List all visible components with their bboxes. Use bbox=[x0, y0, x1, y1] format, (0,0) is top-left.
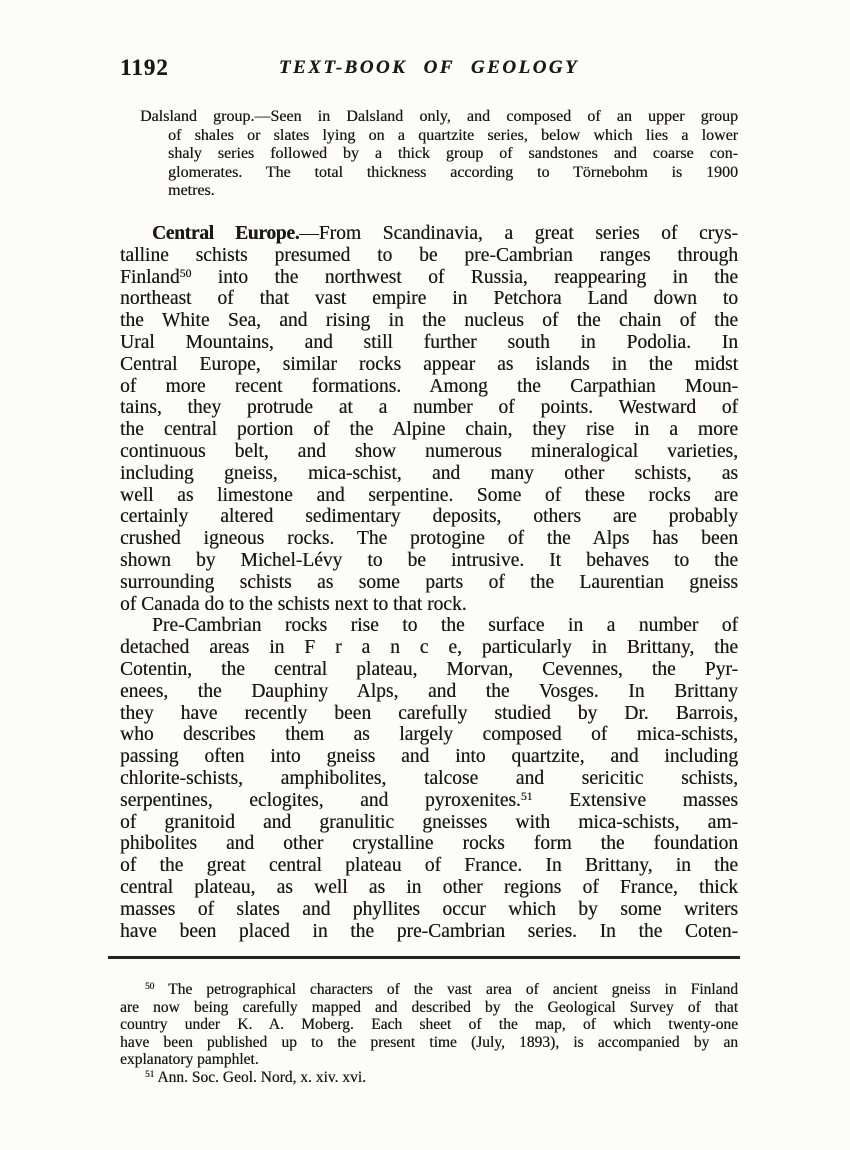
text-line: central plateau, as well as in other reg… bbox=[120, 877, 738, 899]
text-line: chlorite-schists, amphibolites, talcose … bbox=[120, 768, 738, 790]
text-line: shown by Michel-Lévy to be intrusive. It… bbox=[120, 550, 738, 572]
main-text: Central Europe.—From Scandinavia, a grea… bbox=[120, 223, 738, 942]
text-run: they have recently been carefully studie… bbox=[120, 703, 738, 724]
text-line: detached areas in F r a n c e, particula… bbox=[120, 637, 738, 659]
text-run: masses of slates and phyllites occur whi… bbox=[120, 899, 738, 920]
text-line: of Canada do to the schists next to that… bbox=[120, 594, 738, 616]
text-run: crushed igneous rocks. The protogine of … bbox=[120, 528, 738, 549]
text-run: who describes them as largely composed o… bbox=[120, 724, 738, 745]
text-line: of granitoid and granulitic gneisses wit… bbox=[120, 812, 738, 834]
text-run: Central Europe, similar rocks appear as … bbox=[120, 354, 738, 375]
text-run: Dalsland group.—Seen in Dalsland only, a… bbox=[140, 108, 738, 125]
text-run: surrounding schists as some parts of the… bbox=[120, 572, 738, 593]
text-run: have been published up to the present ti… bbox=[120, 1034, 738, 1051]
text-run: tains, they protrude at a number of poin… bbox=[120, 397, 738, 418]
superscript-footnote-marker: 50 bbox=[180, 267, 192, 280]
text-run: The petrographical characters of the vas… bbox=[154, 981, 738, 998]
paragraph-central-europe: Central Europe.—From Scandinavia, a grea… bbox=[120, 223, 738, 615]
text-run: Pre-Cambrian rocks rise to the surface i… bbox=[152, 615, 738, 636]
text-line: of more recent formations. Among the Car… bbox=[120, 376, 738, 398]
text-line: well as limestone and serpentine. Some o… bbox=[120, 485, 738, 507]
text-line: surrounding schists as some parts of the… bbox=[120, 572, 738, 594]
text-line: they have recently been carefully studie… bbox=[120, 703, 738, 725]
text-run: of shales or slates lying on a quartzite… bbox=[168, 127, 738, 144]
text-run: certainly altered sedimentary deposits, … bbox=[120, 506, 738, 527]
text-run: continuous belt, and show numerous miner… bbox=[120, 441, 738, 462]
text-run: metres. bbox=[168, 182, 215, 199]
text-line: 51 Ann. Soc. Geol. Nord, x. xiv. xvi. bbox=[120, 1069, 738, 1087]
text-run: northeast of that vast empire in Petchor… bbox=[120, 288, 738, 309]
text-line: certainly altered sedimentary deposits, … bbox=[120, 506, 738, 528]
text-run: have been placed in the pre-Cambrian ser… bbox=[120, 921, 738, 942]
text-line: of shales or slates lying on a quartzite… bbox=[140, 127, 738, 146]
text-run: of more recent formations. Among the Car… bbox=[120, 376, 738, 397]
bold-lead-in: Central Europe. bbox=[152, 223, 299, 244]
text-line: shaly series followed by a thick group o… bbox=[140, 145, 738, 164]
text-run: into the northwest of Russia, reappearin… bbox=[191, 267, 738, 288]
text-line: have been published up to the present ti… bbox=[120, 1034, 738, 1052]
text-line: continuous belt, and show numerous miner… bbox=[120, 441, 738, 463]
text-run: Ann. Soc. Geol. Nord, x. xiv. xvi. bbox=[154, 1069, 366, 1086]
text-line: glomerates. The total thickness accordin… bbox=[140, 164, 738, 183]
text-run: shaly series followed by a thick group o… bbox=[168, 145, 738, 162]
text-line: of the great central plateau of France. … bbox=[120, 855, 738, 877]
text-run: of Canada do to the schists next to that… bbox=[120, 594, 467, 615]
running-header: 1192 TEXT-BOOK OF GEOLOGY bbox=[120, 55, 738, 85]
text-run: of the great central plateau of France. … bbox=[120, 855, 738, 876]
text-run: explanatory pamphlet. bbox=[120, 1051, 259, 1068]
text-line: masses of slates and phyllites occur whi… bbox=[120, 899, 738, 921]
text-line: explanatory pamphlet. bbox=[120, 1051, 738, 1069]
text-run: serpentines, eclogites, and pyroxenites. bbox=[120, 790, 521, 811]
paragraph-france-pre-cambrian: Pre-Cambrian rocks rise to the surface i… bbox=[120, 615, 738, 942]
text-line: Central Europe.—From Scandinavia, a grea… bbox=[120, 223, 738, 245]
footnotes: 50 The petrographical characters of the … bbox=[120, 981, 738, 1087]
dalsland-group-note: Dalsland group.—Seen in Dalsland only, a… bbox=[140, 108, 738, 201]
superscript-footnote-marker: 51 bbox=[145, 1070, 154, 1080]
text-line: metres. bbox=[140, 182, 738, 201]
text-line: passing often into gneiss and into quart… bbox=[120, 746, 738, 768]
text-line: tains, they protrude at a number of poin… bbox=[120, 397, 738, 419]
text-run: shown by Michel-Lévy to be intrusive. It… bbox=[120, 550, 738, 571]
text-line: Ural Mountains, and still further south … bbox=[120, 332, 738, 354]
text-line: who describes them as largely composed o… bbox=[120, 724, 738, 746]
text-run: talline schists presumed to be pre-Cambr… bbox=[120, 245, 738, 266]
text-run: of granitoid and granulitic gneisses wit… bbox=[120, 812, 738, 833]
text-run: well as limestone and serpentine. Some o… bbox=[120, 485, 738, 506]
text-run: the central portion of the Alpine chain,… bbox=[120, 419, 738, 440]
text-run: Finland bbox=[120, 267, 180, 288]
text-line: the central portion of the Alpine chain,… bbox=[120, 419, 738, 441]
text-line: Dalsland group.—Seen in Dalsland only, a… bbox=[140, 108, 738, 127]
text-line: Finland50 into the northwest of Russia, … bbox=[120, 267, 738, 289]
text-line: Pre-Cambrian rocks rise to the surface i… bbox=[120, 615, 738, 637]
text-run: including gneiss, mica-schist, and many … bbox=[120, 463, 738, 484]
text-line: have been placed in the pre-Cambrian ser… bbox=[120, 921, 738, 943]
text-line: crushed igneous rocks. The protogine of … bbox=[120, 528, 738, 550]
text-run: passing often into gneiss and into quart… bbox=[120, 746, 738, 767]
text-line: 50 The petrographical characters of the … bbox=[120, 981, 738, 999]
text-line: Cotentin, the central plateau, Morvan, C… bbox=[120, 659, 738, 681]
text-run: detached areas in F r a n c e, particula… bbox=[120, 637, 738, 658]
text-line: Central Europe, similar rocks appear as … bbox=[120, 354, 738, 376]
text-run: —From Scandinavia, a great series of cry… bbox=[299, 223, 738, 244]
text-line: enees, the Dauphiny Alps, and the Vosges… bbox=[120, 681, 738, 703]
text-run: central plateau, as well as in other reg… bbox=[120, 877, 738, 898]
text-run: chlorite-schists, amphibolites, talcose … bbox=[120, 768, 738, 789]
text-run: glomerates. The total thickness accordin… bbox=[168, 164, 738, 181]
scanned-book-page: 1192 TEXT-BOOK OF GEOLOGY Dalsland group… bbox=[0, 0, 850, 1150]
footnote-rule bbox=[108, 956, 740, 959]
text-line: are now being carefully mapped and descr… bbox=[120, 999, 738, 1017]
superscript-footnote-marker: 51 bbox=[521, 790, 533, 803]
text-run: the White Sea, and rising in the nucleus… bbox=[120, 310, 738, 331]
text-line: phibolites and other crystalline rocks f… bbox=[120, 833, 738, 855]
text-line: the White Sea, and rising in the nucleus… bbox=[120, 310, 738, 332]
running-title: TEXT-BOOK OF GEOLOGY bbox=[120, 57, 738, 79]
text-line: serpentines, eclogites, and pyroxenites.… bbox=[120, 790, 738, 812]
text-line: talline schists presumed to be pre-Cambr… bbox=[120, 245, 738, 267]
text-line: country under K. A. Moberg. Each sheet o… bbox=[120, 1016, 738, 1034]
text-run: Extensive masses bbox=[533, 790, 739, 811]
text-line: northeast of that vast empire in Petchor… bbox=[120, 288, 738, 310]
text-run: enees, the Dauphiny Alps, and the Vosges… bbox=[120, 681, 738, 702]
text-run: phibolites and other crystalline rocks f… bbox=[120, 833, 738, 854]
text-line: including gneiss, mica-schist, and many … bbox=[120, 463, 738, 485]
text-run: Cotentin, the central plateau, Morvan, C… bbox=[120, 659, 738, 680]
superscript-footnote-marker: 50 bbox=[145, 982, 154, 992]
text-run: are now being carefully mapped and descr… bbox=[120, 999, 738, 1016]
text-run: country under K. A. Moberg. Each sheet o… bbox=[120, 1016, 738, 1033]
text-run: Ural Mountains, and still further south … bbox=[120, 332, 738, 353]
